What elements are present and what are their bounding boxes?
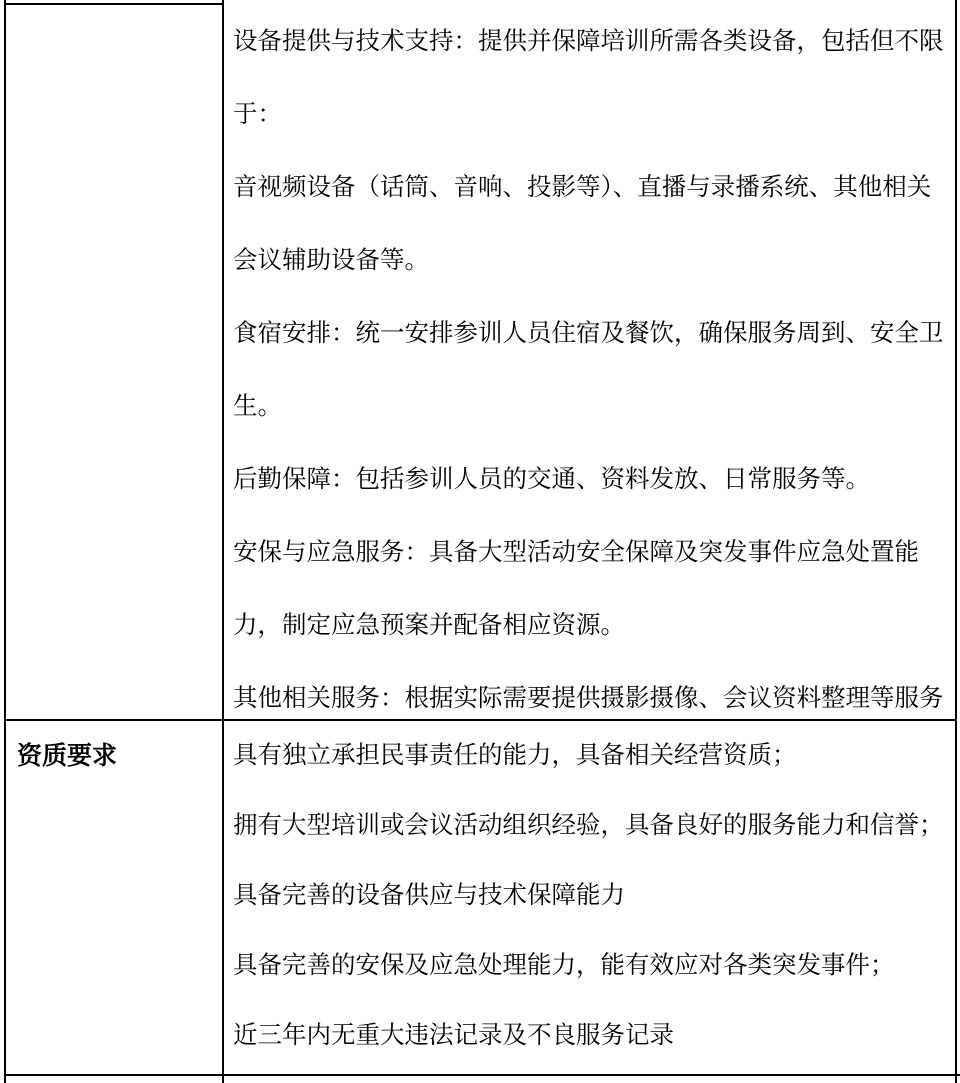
table-row-divider-top-left — [4, 3, 224, 5]
text-line: 会议辅助设备等。 — [233, 224, 949, 297]
table-border-left — [4, 0, 6, 1083]
paragraph: 具备完善的设备供应与技术保障能力 — [233, 861, 949, 931]
text-line: 音视频设备（话筒、音响、投影等）、直播与录播系统、其他相关 — [233, 151, 949, 224]
text-line: 于： — [233, 78, 949, 151]
paragraph: 具备完善的安保及应急处理能力，能有效应对各类突发事件； — [233, 931, 949, 1001]
text-line: 安保与应急服务：具备大型活动安全保障及突发事件应急处置能 — [233, 516, 949, 589]
paragraph: 音视频设备（话筒、音响、投影等）、直播与录播系统、其他相关 会议辅助设备等。 — [233, 151, 949, 297]
paragraph: 设备提供与技术支持：提供并保障培训所需各类设备，包括但不限 于： — [233, 5, 949, 151]
table-cell-qualification-content: 具有独立承担民事责任的能力，具备相关经营资质； 拥有大型培训或会议活动组织经验，… — [233, 721, 949, 1071]
table-cell-service-content: 设备提供与技术支持：提供并保障培训所需各类设备，包括但不限 于： 音视频设备（话… — [233, 5, 949, 735]
paragraph: 近三年内无重大违法记录及不良服务记录 — [233, 1001, 949, 1071]
text-line: 拥有大型培训或会议活动组织经验，具备良好的服务能力和信誉； — [233, 791, 949, 861]
text-line: 具备完善的安保及应急处理能力，能有效应对各类突发事件； — [233, 931, 949, 1001]
paragraph: 食宿安排：统一安排参训人员住宿及餐饮，确保服务周到、安全卫 生。 — [233, 297, 949, 443]
text-line: 生。 — [233, 370, 949, 443]
text-line: 具有独立承担民事责任的能力，具备相关经营资质； — [233, 721, 949, 791]
text-line: 设备提供与技术支持：提供并保障培训所需各类设备，包括但不限 — [233, 5, 949, 78]
paragraph: 拥有大型培训或会议活动组织经验，具备良好的服务能力和信誉； — [233, 791, 949, 861]
text-line: 具备完善的设备供应与技术保障能力 — [233, 861, 949, 931]
text-line: 食宿安排：统一安排参训人员住宿及餐饮，确保服务周到、安全卫 — [233, 297, 949, 370]
paragraph: 安保与应急服务：具备大型活动安全保障及突发事件应急处置能 力，制定应急预案并配备… — [233, 516, 949, 662]
table-row-divider-bottom — [4, 1074, 960, 1076]
table-cell-qualification-label: 资质要求 — [17, 721, 217, 791]
text-line: 后勤保障：包括参训人员的交通、资料发放、日常服务等。 — [233, 443, 949, 516]
text-line: 力，制定应急预案并配备相应资源。 — [233, 589, 949, 662]
paragraph: 后勤保障：包括参训人员的交通、资料发放、日常服务等。 — [233, 443, 949, 516]
paragraph: 具有独立承担民事责任的能力，具备相关经营资质； — [233, 721, 949, 791]
document-page: 设备提供与技术支持：提供并保障培训所需各类设备，包括但不限 于： 音视频设备（话… — [0, 0, 960, 1083]
table-border-right — [955, 0, 957, 1083]
table-column-divider — [222, 0, 224, 1083]
text-line: 近三年内无重大违法记录及不良服务记录 — [233, 1001, 949, 1071]
